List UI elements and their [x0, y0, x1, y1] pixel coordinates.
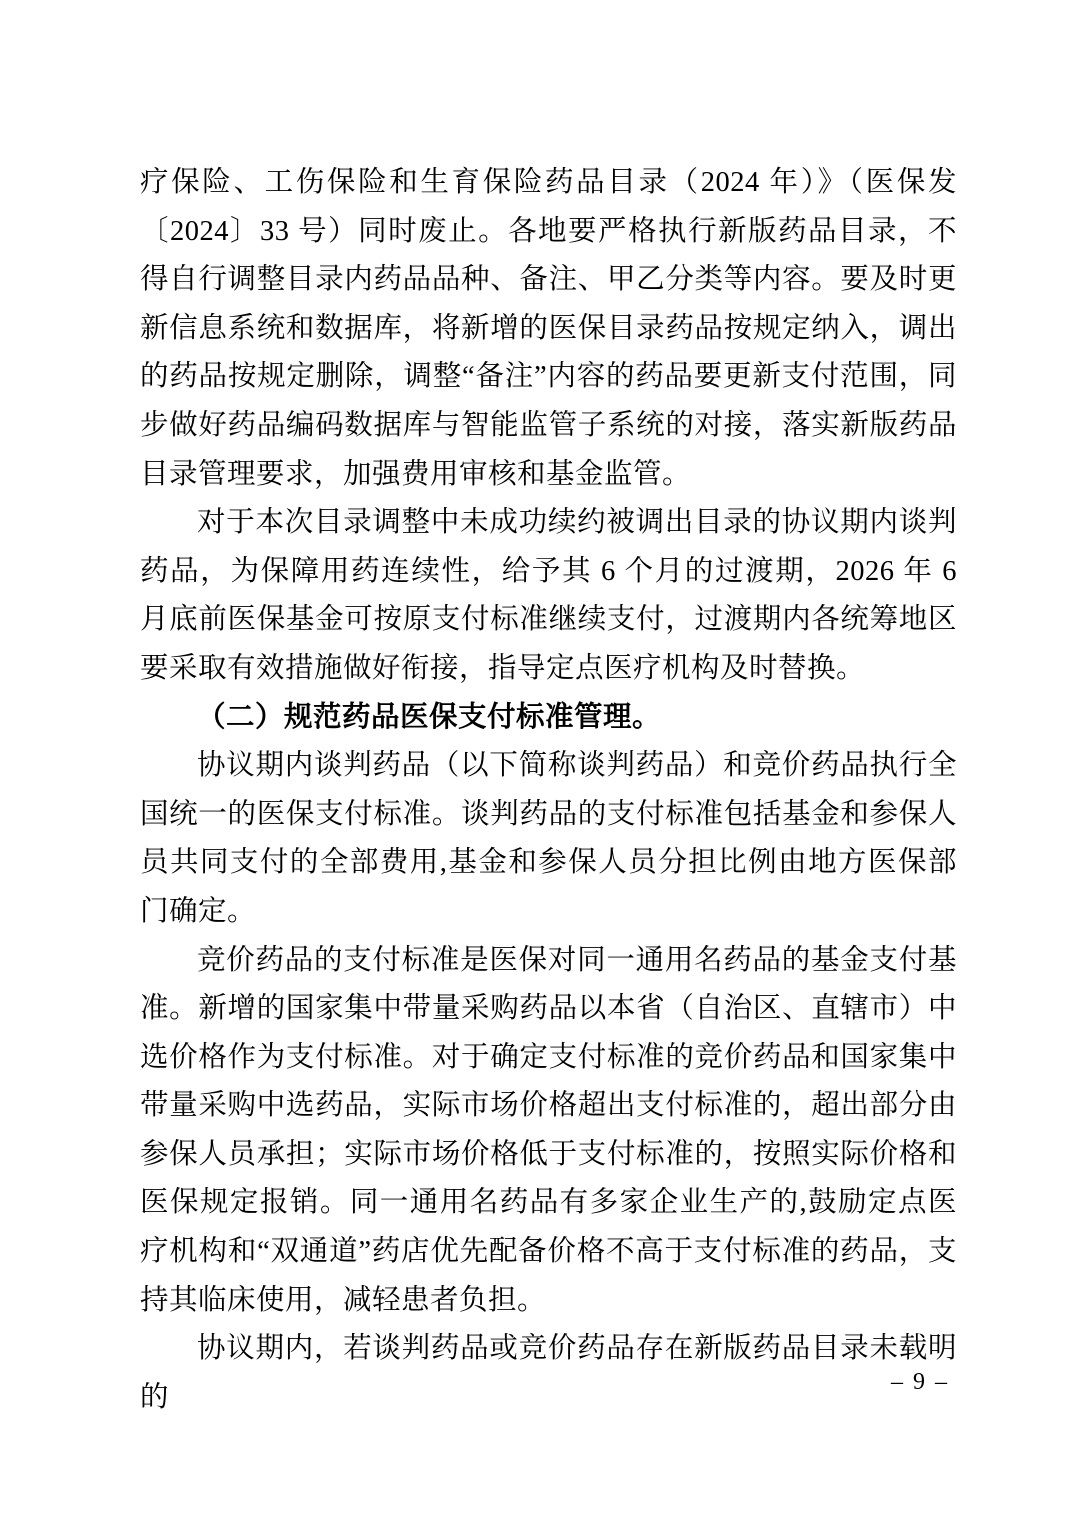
- document-body: 疗保险、工伤保险和生育保险药品目录（2024 年）》（医保发〔2024〕33 号…: [140, 159, 957, 1422]
- paragraph-negotiated-drugs-standard: 协议期内谈判药品（以下简称谈判药品）和竞价药品执行全国统一的医保支付标准。谈判药…: [140, 742, 957, 936]
- page-number: – 9 –: [891, 1367, 949, 1397]
- paragraph-transition-period: 对于本次目录调整中未成功续约被调出目录的协议期内谈判药品，为保障用药连续性，给予…: [140, 499, 957, 693]
- paragraph-agreement-period-unlisted: 协议期内，若谈判药品或竞价药品存在新版药品目录未载明的: [140, 1325, 957, 1422]
- paragraph-bidding-drugs-standard: 竞价药品的支付标准是医保对同一通用名药品的基金支付基准。新增的国家集中带量采购药…: [140, 937, 957, 1326]
- document-page: 疗保险、工伤保险和生育保险药品目录（2024 年）》（医保发〔2024〕33 号…: [0, 0, 1074, 1520]
- paragraph-catalog-implementation: 疗保险、工伤保险和生育保险药品目录（2024 年）》（医保发〔2024〕33 号…: [140, 159, 957, 499]
- section-heading-payment-standard: （二）规范药品医保支付标准管理。: [140, 694, 957, 743]
